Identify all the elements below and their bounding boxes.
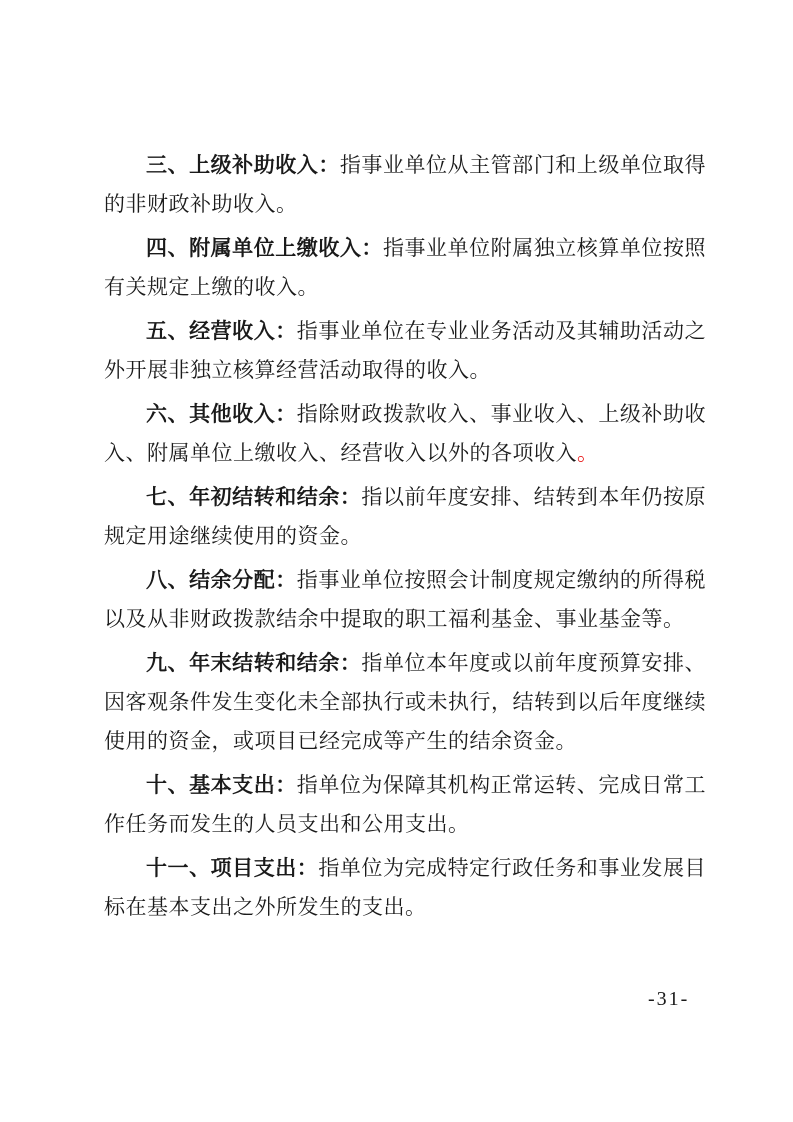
term-label: 三、上级补助收入： bbox=[146, 153, 340, 177]
term-label: 六、其他收入： bbox=[146, 402, 297, 426]
term-label: 四、附属单位上缴收入： bbox=[146, 236, 383, 260]
term-paragraph: 四、附属单位上缴收入：指事业单位附属独立核算单位按照有关规定上缴的收入。 bbox=[104, 229, 706, 307]
term-paragraph: 八、结余分配：指事业单位按照会计制度规定缴纳的所得税以及从非财政拨款结余中提取的… bbox=[104, 561, 706, 639]
document-page: 三、上级补助收入：指事业单位从主管部门和上级单位取得的非财政补助收入。 四、附属… bbox=[0, 0, 793, 1122]
term-label: 九、年末结转和结余： bbox=[146, 651, 361, 675]
terms-list: 三、上级补助收入：指事业单位从主管部门和上级单位取得的非财政补助收入。 四、附属… bbox=[104, 146, 706, 932]
term-label: 十一、项目支出： bbox=[146, 856, 318, 880]
term-paragraph: 十一、项目支出：指单位为完成特定行政任务和事业发展目标在基本支出之外所发生的支出… bbox=[104, 849, 706, 927]
term-paragraph: 九、年末结转和结余：指单位本年度或以前年度预算安排、因客观条件发生变化未全部执行… bbox=[104, 644, 706, 761]
term-label: 八、结余分配： bbox=[146, 568, 297, 592]
term-label: 五、经营收入： bbox=[146, 319, 297, 343]
term-paragraph: 七、年初结转和结余：指以前年度安排、结转到本年仍按原规定用途继续使用的资金。 bbox=[104, 478, 706, 556]
term-paragraph: 六、其他收入：指除财政拨款收入、事业收入、上级补助收入、附属单位上缴收入、经营收… bbox=[104, 395, 706, 473]
term-label: 十、基本支出： bbox=[146, 773, 297, 797]
term-paragraph: 十、基本支出：指单位为保障其机构正常运转、完成日常工作任务而发生的人员支出和公用… bbox=[104, 766, 706, 844]
page-number: -31- bbox=[648, 988, 689, 1011]
term-paragraph: 三、上级补助收入：指事业单位从主管部门和上级单位取得的非财政补助收入。 bbox=[104, 146, 706, 224]
term-paragraph: 五、经营收入：指事业单位在专业业务活动及其辅助活动之外开展非独立核算经营活动取得… bbox=[104, 312, 706, 390]
red-period: 。 bbox=[577, 441, 599, 465]
term-label: 七、年初结转和结余： bbox=[146, 485, 361, 509]
